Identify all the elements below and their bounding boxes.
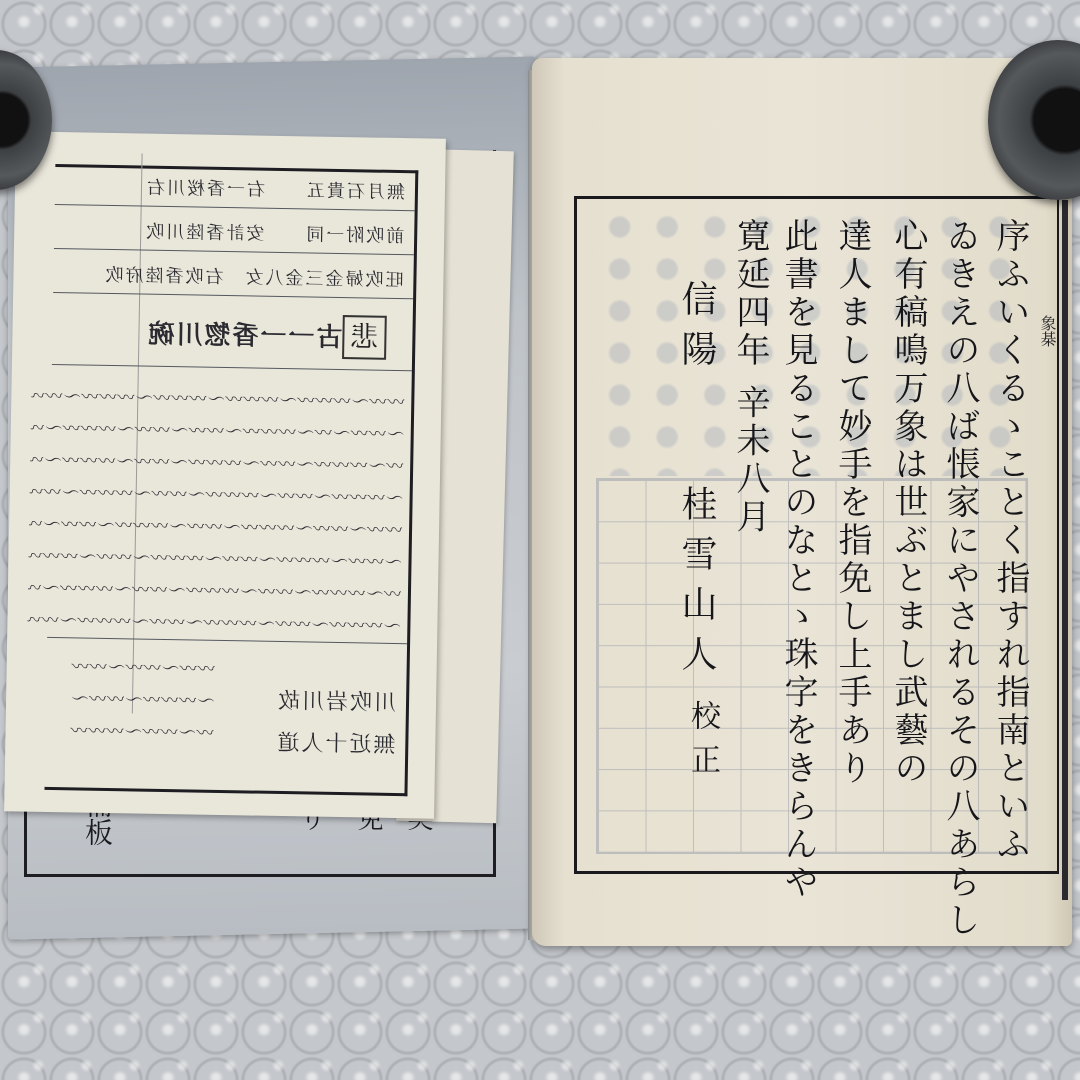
body-column-4: 達人まして妙手を指免し上手あり: [832, 218, 872, 788]
overlay-sheet: 無月石貴五 右一香桜川右 前吹附一同 安計香陸川吹 旺吹婦金三金八女 右吹香陸府…: [4, 131, 446, 818]
label-ban: 板: [81, 818, 114, 846]
author-name: 桂雪山人: [676, 485, 716, 685]
author-place: 信陽: [676, 280, 716, 380]
body-column-3: 心有稿鳴万象は世ぶとまし武藝の: [888, 218, 928, 788]
page-edge-strip: [1062, 200, 1068, 900]
sheet-footer-row: 川吹岩川故: [186, 682, 397, 717]
body-column-1: 序ふいくるゝことく指すれ指南といふ: [990, 218, 1030, 864]
seal-glyph: 悲: [342, 315, 387, 360]
sheet-title-row: 古一一香惣川碗: [72, 312, 343, 354]
author-role: 校正: [682, 700, 722, 788]
side-tab-label: 象棊: [1036, 315, 1059, 347]
body-column-2: ゐきえの八ば悵家にやされるその八あらし: [940, 218, 980, 940]
body-column-5: 此書を見ることのなとゝ珠字をきらんや: [778, 218, 818, 902]
date-line: 寛延四年 辛未八月: [730, 218, 770, 537]
sheet-footer-row: 無近十人道: [185, 724, 396, 759]
